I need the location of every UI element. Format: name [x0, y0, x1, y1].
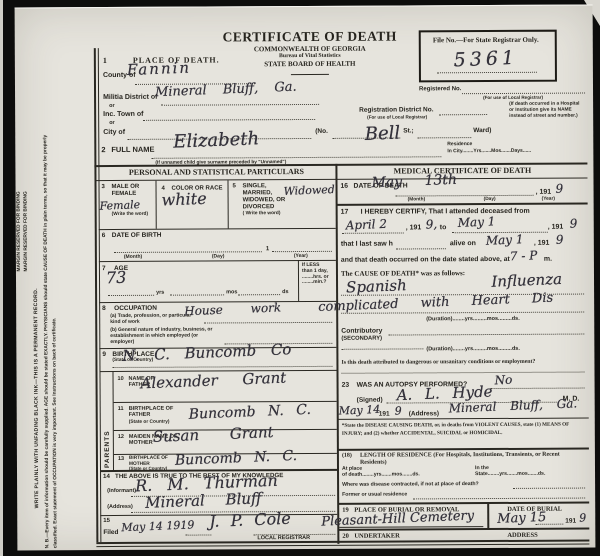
residence-section-number: (18): [342, 453, 352, 460]
certify-year2-printed: , 191: [548, 224, 564, 232]
certify-to-label: to: [440, 224, 447, 232]
certify-line: [396, 248, 446, 249]
death-date-number: 16: [341, 183, 349, 191]
rule: [487, 502, 489, 528]
certify-line-2b: alive on: [450, 240, 476, 248]
certify-line-3: and that death occurred on the date stat…: [341, 256, 510, 265]
age-mos-line: [170, 294, 224, 295]
inc-town-line: [143, 119, 315, 121]
hospital-note: (If death occurred in a Hospital or Inst…: [509, 102, 585, 120]
birth-date-label: DATE OF BIRTH: [112, 232, 162, 240]
certificate-paper: MARGIN RESERVED FOR BINDING MARGIN RESER…: [15, 4, 596, 550]
father-birthplace-note: (State or Country): [129, 420, 170, 426]
residence-section-label: LENGTH OF RESIDENCE (For Hospitals, Inst…: [360, 452, 586, 467]
undertaker-number: 20: [342, 533, 349, 541]
contributory-sub-label: (SECONDARY): [341, 336, 382, 343]
father-name-number: 10: [118, 376, 124, 382]
informant-address-value: Mineral Bluff: [145, 491, 262, 511]
burial-year-printed: 191: [565, 518, 576, 526]
place-of-death-number: 1: [103, 56, 107, 65]
mother-birthplace-number: 13: [118, 456, 124, 462]
certify-number: 17: [341, 209, 349, 217]
birth-date-line: [272, 251, 332, 252]
file-number-value: 5361: [441, 48, 532, 71]
certify-time-value: 7 - P: [510, 249, 538, 262]
rule: [100, 469, 337, 472]
scan-edge: [0, 0, 3, 556]
city-st-label: St.;: [403, 127, 414, 135]
undertaker-address-label: ADDRESS: [507, 532, 537, 540]
birthplace-line: [112, 366, 332, 368]
file-number-label: File No.—For State Registrar Only.: [421, 36, 551, 45]
certify-from-value: April 2: [346, 218, 388, 232]
occupation-label: OCCUPATION: [114, 305, 157, 313]
occupation-number: 8: [102, 305, 106, 312]
column-divider: [335, 164, 338, 544]
certify-saw-value: May 1: [486, 233, 524, 247]
death-date-year-printed: , 191: [536, 189, 552, 197]
militia-district-label: Militia District of: [103, 94, 157, 102]
death-month-caption: (Month): [408, 197, 426, 203]
informant-address-label: (Address): [107, 504, 133, 510]
informant-label: (Informant): [107, 488, 136, 494]
marital-value: Widowed: [283, 184, 335, 197]
residence-at-place-fields: At place of death........yrs.......mos..…: [342, 466, 420, 478]
burial-year-hand: 9: [579, 512, 586, 523]
militia-district-value: Mineral Bluff, Ga.: [155, 81, 297, 100]
residence-in-state-fields: In the State........yrs.......mos.......…: [475, 466, 545, 478]
birth-day-caption: (Day): [212, 254, 225, 260]
or-label: or: [109, 103, 115, 109]
birthplace-value: N. C. Buncomb Co: [122, 342, 292, 364]
contributory-label: Contributory: [341, 328, 382, 336]
full-name-line: [151, 156, 441, 159]
residence-line: [413, 498, 585, 500]
death-year-caption: (Year): [542, 197, 555, 203]
city-label: City of: [103, 129, 125, 137]
registration-district-line: [439, 114, 487, 115]
age-yrs-line: [108, 295, 154, 296]
birthplace-number: 9: [102, 351, 106, 358]
sex-value: Female: [99, 199, 140, 212]
full-name-number: 2: [101, 146, 105, 155]
certify-line-2: that I last saw h: [341, 241, 393, 249]
age-ds-line: [238, 294, 280, 295]
inc-town-label: Inc. Town of: [103, 111, 143, 119]
father-birthplace-label: BIRTHPLACE OF FATHER: [129, 406, 185, 419]
mother-maiden-value: Susan Grant: [153, 425, 274, 445]
registration-district-label: Registration District No.: [359, 106, 433, 114]
cause-footnote: *State the DISEASE CAUSING DEATH, or, in…: [342, 422, 586, 438]
registered-no-note: (For use of Local Registrar): [483, 95, 543, 101]
mother-maiden-number: 12: [118, 434, 124, 440]
residence-former-label: Former or usual residence: [342, 492, 407, 498]
scanned-death-certificate: MARGIN RESERVED FOR BINDING MARGIN RESER…: [0, 0, 600, 556]
certify-year1-hand: 9,: [425, 218, 437, 230]
or-label: or: [109, 120, 115, 126]
registered-no-label: Registered No.: [419, 86, 461, 93]
registration-district-note: (For use of Local Registrar): [367, 114, 427, 120]
rule: [99, 228, 336, 230]
sex-number: 3: [102, 184, 105, 191]
undertaker-label: UNDERTAKER: [354, 533, 400, 541]
signed-address-value: Mineral Bluff, Ga.: [448, 397, 577, 414]
burial-date-line: [535, 524, 563, 525]
death-date-value: May 13th: [371, 173, 457, 190]
marital-number: 5: [233, 183, 236, 190]
personal-section-title: PERSONAL AND STATISTICAL PARTICULARS: [98, 167, 334, 177]
birth-date-line: [114, 251, 262, 253]
local-registrar-signature: J. P. Cole: [209, 511, 291, 530]
residence-line: [513, 488, 585, 489]
age-ds-label: ds: [282, 289, 288, 295]
mother-birthplace-value: Buncomb N. C.: [175, 449, 298, 468]
sex-note: (Write the word): [112, 212, 152, 218]
certify-to-value: May 1: [457, 215, 495, 229]
filed-line: [185, 534, 211, 535]
certify-year2-hand: 9: [569, 217, 577, 229]
age-value: 73: [106, 270, 127, 287]
margin-write-plainly-note: WRITE PLAINLY WITH UNFADING BLACK INK—TH…: [31, 78, 42, 508]
contributory-line: [341, 348, 423, 349]
militia-district-line: [161, 104, 319, 106]
full-name-note: (If unnamed child give surname preceded …: [155, 160, 286, 166]
rule: [338, 502, 589, 505]
certify-year3-printed: , 191: [534, 240, 550, 248]
form-left-border-inner: [98, 48, 102, 542]
unsanitary-line: [341, 372, 584, 374]
death-day-caption: (Day): [484, 197, 496, 203]
unsanitary-question: Is this death attributed to dangerous or…: [341, 359, 535, 367]
sex-label: MALE OR FEMALE: [112, 184, 154, 198]
certify-year3-hand: 9: [556, 234, 564, 246]
birth-year-caption: (Year): [294, 254, 308, 260]
certificate-title: CERTIFICATE OF DEATH: [165, 28, 455, 45]
rule: [338, 528, 589, 531]
autopsy-number: 23: [342, 382, 350, 390]
residence-contracted-question: Where was disease contracted, if not at …: [342, 482, 479, 489]
full-name-value: Elizabeth Bell: [173, 125, 401, 152]
cause-duration-label: (Duration)........yrs.........mos.......…: [426, 316, 520, 323]
father-birthplace-value: Buncomb N. C.: [188, 403, 311, 422]
rule: [155, 181, 156, 229]
file-number-line: [437, 72, 537, 74]
rule: [338, 418, 589, 420]
autopsy-line: [491, 388, 585, 389]
birth-date-number: 6: [102, 232, 106, 239]
birth-month-caption: (Month): [124, 255, 142, 261]
age-less-than-day-note: If LESS than 1 day, ........hrs. or ....…: [302, 263, 329, 286]
signed-date-year-hand: 9: [394, 405, 401, 416]
residence-fields: In City........Yrs.......Mos.......Days.…: [447, 149, 531, 155]
occupation-value: House work: [184, 301, 281, 317]
death-date-line: [396, 195, 534, 197]
rule: [227, 180, 228, 228]
margin-nb-note: N. B.—Every item of information should b…: [42, 112, 74, 548]
rule: [338, 448, 589, 451]
filed-date-value: May 14 1919: [121, 519, 194, 533]
rule: [112, 371, 114, 470]
signed-address-label: (Address): [409, 410, 439, 418]
section-header-rule: [94, 178, 587, 182]
parents-label: PARENTS: [102, 376, 114, 468]
contributory-duration-label: (Duration)........yrs.........mos.......…: [426, 346, 520, 353]
marital-note: ( Write the word): [243, 211, 281, 217]
filed-label: Filed: [103, 529, 118, 537]
signed-date-year-printed: 191: [379, 411, 390, 419]
contributory-line: [388, 334, 584, 336]
rule: [298, 260, 299, 301]
race-value: white: [161, 191, 207, 209]
residence-label: Residence: [447, 142, 472, 148]
certify-line: [342, 232, 404, 233]
father-name-value: Alexander Grant: [140, 371, 286, 392]
age-yrs-label: yrs: [156, 290, 164, 296]
form-bottom-rule-inner: [96, 544, 589, 548]
cause-line: [341, 312, 584, 314]
full-name-label: FULL NAME: [111, 146, 154, 155]
informant-number: 14: [103, 473, 110, 480]
certify-year1-printed: , 191: [406, 224, 422, 232]
city-ward-label: Ward): [473, 127, 491, 135]
autopsy-value: No: [494, 374, 512, 387]
margin-binding-note: MARGIN RESERVED FOR BINDING: [22, 16, 31, 271]
rule: [337, 203, 588, 206]
rule: [99, 260, 336, 262]
age-mos-label: mos: [226, 289, 237, 295]
file-number-box: File No.—For State Registrar Only. 5361: [419, 30, 557, 83]
certify-line-1: I HEREBY CERTIFY, That I attended deceas…: [361, 208, 530, 217]
death-date-year-hand: 9: [555, 183, 563, 195]
local-registrar-label: LOCAL REGISTRAR: [257, 535, 310, 542]
father-birthplace-number: 11: [118, 406, 124, 412]
signed-date-value: May 14: [338, 404, 380, 417]
header-dash: [291, 74, 329, 75]
county-value: Fannin: [127, 60, 192, 78]
occupation-line: [204, 322, 332, 324]
certify-m-label: m.: [544, 256, 552, 264]
filed-number: 15: [103, 518, 110, 525]
birth-date-year-hint: 1: [266, 246, 269, 253]
city-ward-line: [417, 137, 471, 138]
